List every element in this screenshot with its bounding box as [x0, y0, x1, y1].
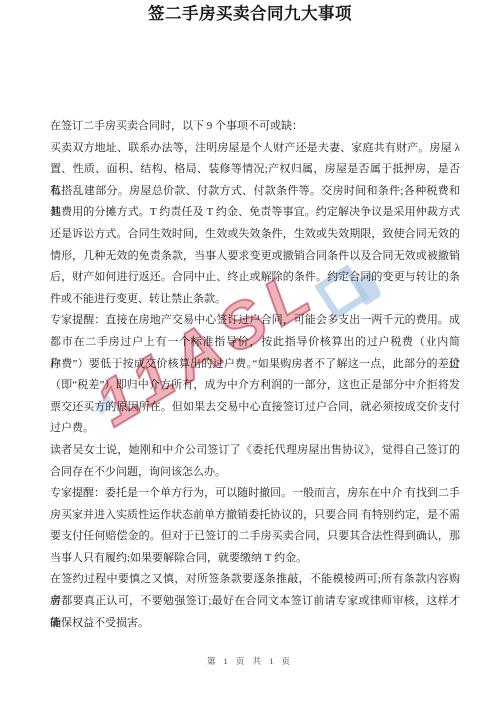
page-number-footer: 第 1 页 共 1 页	[0, 655, 500, 667]
text-line: 当事人只有履约;如果要解除合同，就要缴纳 T 约金。	[50, 548, 460, 570]
text-line: （即“税差”）即归中介方所有，成为中介方利润的一部分，这也正是部分中介拒将发	[50, 375, 460, 397]
document-title: 签二手房买卖合同九大事项	[0, 0, 500, 24]
document-page: 11ASL 签二手房买卖合同九大事项 在签订二手房买卖合同时，以下 9 个事项不…	[0, 0, 500, 706]
text-line: 私搭乱建部分。房屋总价款、付款方式、付款条件等。交房时间和条件;各种税费和其	[50, 181, 460, 203]
text-line: 读者吴女士说，她刚和中介公司签订了《委托代理房屋出售协议》，觉得自己签订的	[50, 440, 460, 462]
text-line: 后，财产如何进行返还。合同中止、终止或解除的条件。约定合同的变更与转让的条	[50, 267, 460, 289]
text-line: 专家提醒：委托是一个单方行为，可以随时撤回。一般而言，房东在中介 有找到二手	[50, 483, 460, 505]
text-line: 件或不能进行变更、转让禁止条款。	[50, 289, 460, 311]
document-body: 在签订二手房买卖合同时，以下 9 个事项不可或缺：买卖双方地址、联系办法等，注明…	[50, 116, 460, 634]
text-line: 票交还买方的原因所在。但如果去交易中心直接签订过户合同，就必须按成交价支付	[50, 397, 460, 419]
text-line: 户费”）要低于按成交价核算出的过户费。如果购房者不了解这一点，此部分的差价	[50, 354, 460, 376]
text-line: 在签约过程中要慎之又慎，对所签条款要逐条推敲，不能模棱两可;所有条款内容购房	[50, 569, 460, 591]
text-line: 他费用的分摊方式。T 约责任及 T 约金、免责等事宜。约定解决争议是采用仲裁方式	[50, 202, 460, 224]
text-line: 在签订二手房买卖合同时，以下 9 个事项不可或缺：	[50, 116, 460, 138]
text-line: 合同存在不少问题，询问该怎么办。	[50, 462, 460, 484]
text-line: 房买家并进入实质性运作状态前单方撤销委托协议的，只要合同 有特别约定，是不需	[50, 505, 460, 527]
text-line: 专家提醒：直接在房地产交易中心签订过户合同，可能会多支出一两千元的费用。成	[50, 310, 460, 332]
text-line: 者都要真正认可，不要勉强签订;最好在合同文本签订前请专家或律师审核，这样才能	[50, 591, 460, 613]
text-line: 要支付任何赔偿金的。但对于已签订的二手房买卖合同，只要其合法性得到确认，那	[50, 526, 460, 548]
text-line: 过户费。	[50, 418, 460, 440]
text-line: 还是诉讼方式。合同生效时间，生效或失效条件，生效或失效期限，致使合同无效的	[50, 224, 460, 246]
text-line: 确保权益不受损害。	[50, 613, 460, 635]
text-line: 买卖双方地址、联系办法等，注明房屋是个人财产还是夫妻、家庭共有财产。房屋 λ	[50, 138, 460, 160]
text-line: 置、性质、面积、结构、格局、装修等情况;产权归属，房屋是否属于抵押房，是否有	[50, 159, 460, 181]
text-line: 都市在二手房过户上有一个标准指导价，按此指导价核算出的过户税费（业内简称“过	[50, 332, 460, 354]
text-line: 情形，几种无效的免责条款，当事人要求变更或撤销合同条件以及合同无效或被撤销	[50, 246, 460, 268]
